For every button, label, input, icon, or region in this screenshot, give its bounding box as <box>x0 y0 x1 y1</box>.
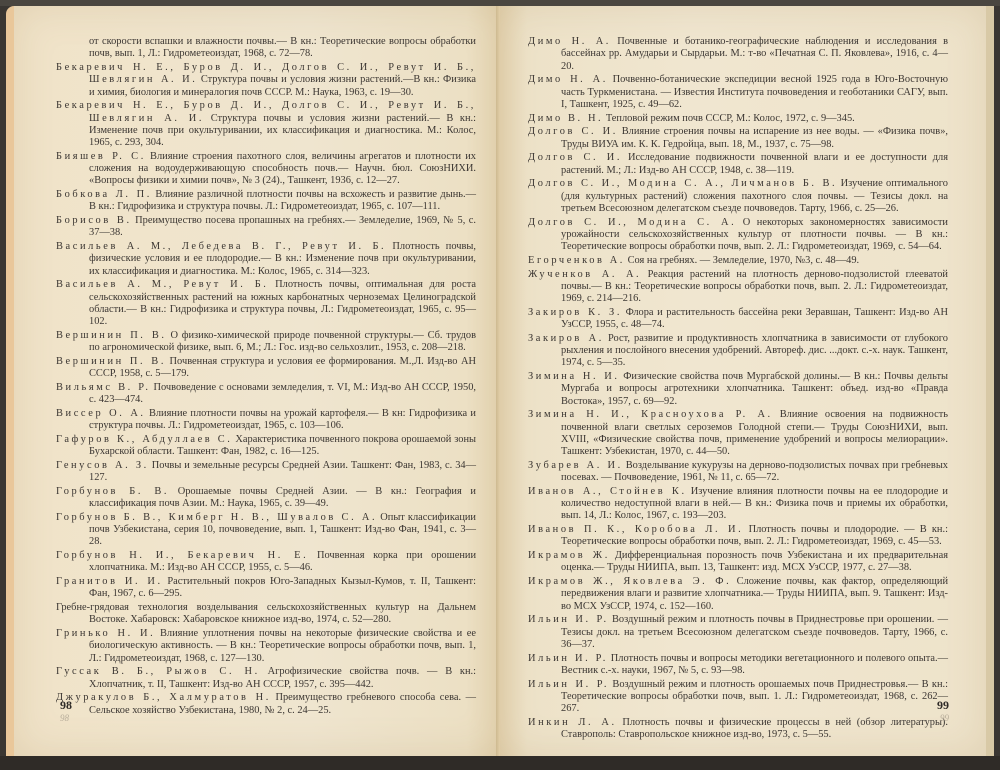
bibliography-entry: Горбунов Б. В. Орошаемые почвы Средней А… <box>56 486 476 511</box>
bibliography-entry: Гафуров К., Абдуллаев С. Характеристика … <box>56 434 476 459</box>
entry-author: Джуракулов Б., Халмуратов Н. <box>56 692 271 703</box>
entry-author: Гуссак В. Б., Рыжов С. Н. <box>56 666 260 677</box>
entry-text: Тепловой режим почв СССР, М.: Колос, 197… <box>606 113 855 124</box>
bibliography-entry: Икрамов Ж., Яковлева Э. Ф. Сложение почв… <box>528 576 948 613</box>
bibliography-entry: Иванов П. К., Коробова Л. И. Плотность п… <box>528 524 948 549</box>
entry-text: Влияние строения пахотного слоя, величин… <box>89 151 476 187</box>
entry-text: Гребне-грядовая технология возделывания … <box>56 602 476 625</box>
entry-text: Влияние строения почвы на испарение из н… <box>561 126 948 149</box>
entry-author: Закиров А. <box>528 333 604 344</box>
bibliography-entry: Бияшев Р. С. Влияние строения пахотного … <box>56 151 476 188</box>
entry-author: Ильин И. Р. <box>528 679 609 690</box>
bibliography-entry: Долгов С. И., Модина С. А. О некоторых з… <box>528 217 948 254</box>
bibliography-entry: Долгов С. И. Исследование подвижности по… <box>528 152 948 177</box>
entry-author: Димо Н. А. <box>528 74 608 85</box>
bibliography-entry: Ильин И. Р. Воздушный режим и плотность … <box>528 614 948 651</box>
entry-author: Иванов П. К., Коробова Л. И. <box>528 524 743 535</box>
bibliography-entry: Гринько Н. И. Влияние уплотнения почвы н… <box>56 628 476 665</box>
page-number-stamp-right: 99 <box>940 713 949 723</box>
entry-text: Плотность почвы и вопросы методики вегет… <box>561 653 948 676</box>
bibliography-entry: Бобкова Л. П. Влияние различной плотност… <box>56 189 476 214</box>
entry-author: Вершинин П. В. <box>56 356 166 367</box>
bibliography-entry: Иванов А., Стойнев К. Изучение влияния п… <box>528 486 948 523</box>
bibliography-entry: Закиров А. Рост, развитие и продуктивнос… <box>528 333 948 370</box>
bibliography-entry: Вершинин П. В. Почвенная структура и усл… <box>56 356 476 381</box>
page-number-stamp-left: 98 <box>60 713 69 723</box>
entry-author: Икрамов Ж. <box>528 550 610 561</box>
bibliography-entry: Зимина Н. И. Физические свойства почв Му… <box>528 371 948 408</box>
entry-author: Бобкова Л. П. <box>56 189 152 200</box>
entry-author: Горбунов Б. В. <box>56 486 169 497</box>
entry-text: от скорости вспашки и влажности почвы.— … <box>89 36 476 59</box>
entry-text: Рост, развитие и продуктивность хлопчатн… <box>561 333 948 369</box>
bibliography-entry: Джуракулов Б., Халмуратов Н. Преимуществ… <box>56 692 476 717</box>
entry-author: Зимина Н. И. <box>528 371 620 382</box>
entry-text: Преимущество посева пропашных на гребнях… <box>89 215 476 238</box>
bibliography-entry: Жученков А. А. Реакция растений на плотн… <box>528 269 948 306</box>
book-spread: от скорости вспашки и влажности почвы.— … <box>0 0 1000 770</box>
entry-author: Закиров К. З. <box>528 307 622 318</box>
bibliography-entry: Бекаревич Н. Е., Буров Д. И., Долгов С. … <box>56 62 476 99</box>
entry-author: Бияшев Р. С. <box>56 151 146 162</box>
entry-author: Икрамов Ж., Яковлева Э. Ф. <box>528 576 731 587</box>
right-bibliography-column: Димо Н. А. Почвенные и ботанико-географи… <box>528 36 948 743</box>
bibliography-entry: от скорости вспашки и влажности почвы.— … <box>56 36 476 61</box>
entry-author: Васильев А. М., Ревут И. Б. <box>56 279 268 290</box>
entry-author: Долгов С. И. <box>528 152 622 163</box>
bibliography-entry: Горбунов Н. И., Бекаревич Н. Е. Почвенна… <box>56 550 476 575</box>
entry-author: Вершинин П. В. <box>56 330 167 341</box>
entry-author: Жученков А. А. <box>528 269 641 280</box>
entry-text: Физические свойства почв Мургабской доли… <box>561 371 948 407</box>
entry-author: Зимина Н. И., Красноухова Р. А. <box>528 409 773 420</box>
book-spine <box>496 6 500 756</box>
bibliography-entry: Бекаревич Н. Е., Буров Д. И., Долгов С. … <box>56 100 476 149</box>
entry-text: Воздушный режим и плотность почвы в Прид… <box>561 614 948 650</box>
bibliography-entry: Генусов А. З. Почвы и земельные ресурсы … <box>56 460 476 485</box>
bibliography-entry: Горбунов Б. В., Кимберг Н. В., Шувалов С… <box>56 512 476 549</box>
bibliography-entry: Инкин Л. А. Плотность почвы и физические… <box>528 717 948 742</box>
entry-text: Почвенно-ботанические экспедиции весной … <box>561 74 948 110</box>
entry-author: Егорченков А. <box>528 255 625 266</box>
bibliography-entry: Ильин И. Р. Плотность почвы и вопросы ме… <box>528 653 948 678</box>
entry-text: Воздушный режим и плотность орошаемых по… <box>561 679 948 715</box>
entry-author: Ильин И. Р. <box>528 614 609 625</box>
left-bibliography-column: от скорости вспашки и влажности почвы.— … <box>56 36 476 718</box>
entry-author: Димо Н. А. <box>528 36 611 47</box>
entry-author: Горбунов Н. И., Бекаревич Н. Е. <box>56 550 308 561</box>
bibliography-entry: Васильев А. М., Ревут И. Б. Плотность по… <box>56 279 476 328</box>
bibliography-entry: Васильев А. М., Лебедева В. Г., Ревут И.… <box>56 241 476 278</box>
entry-author: Гафуров К., Абдуллаев С. <box>56 434 233 445</box>
entry-author: Васильев А. М., Лебедева В. Г., Ревут И.… <box>56 241 386 252</box>
entry-text: Почвенные и ботанико-географические набл… <box>561 36 948 72</box>
entry-author: Виссер О. А. <box>56 408 146 419</box>
bibliography-entry: Зубарев А. И. Возделывание кукурузы на д… <box>528 460 948 485</box>
bibliography-entry: Димо Н. А. Почвенные и ботанико-географи… <box>528 36 948 73</box>
bibliography-entry: Димо В. Н. Тепловой режим почв СССР, М.:… <box>528 113 948 125</box>
bibliography-entry: Зимина Н. И., Красноухова Р. А. Влияние … <box>528 409 948 458</box>
entry-author: Гранитов И. И. <box>56 576 163 587</box>
page-number-right: 99 <box>937 698 949 713</box>
entry-text: Влияние плотности почвы на урожай картоф… <box>89 408 476 431</box>
entry-author: Гринько Н. И. <box>56 628 155 639</box>
bibliography-entry: Долгов С. И. Влияние строения почвы на и… <box>528 126 948 151</box>
entry-text: Соя на гребнях. — Земледелие, 1970, №3, … <box>628 255 860 266</box>
entry-text: Дифференциальная порозность почв Узбекис… <box>561 550 948 573</box>
bibliography-entry: Икрамов Ж. Дифференциальная порозность п… <box>528 550 948 575</box>
bibliography-entry: Виссер О. А. Влияние плотности почвы на … <box>56 408 476 433</box>
entry-text: Плотность почвы и физические процессы в … <box>561 717 948 740</box>
bibliography-entry: Борисов В. Преимущество посева пропашных… <box>56 215 476 240</box>
entry-author: Димо В. Н. <box>528 113 603 124</box>
scan-edge <box>0 756 1000 770</box>
entry-author: Ильин И. Р. <box>528 653 608 664</box>
bibliography-entry: Долгов С. И., Модина С. А., Личманов Б. … <box>528 178 948 215</box>
entry-author: Долгов С. И. <box>528 126 618 137</box>
bibliography-entry: Вильямс В. Р. Почвоведение с основами зе… <box>56 382 476 407</box>
entry-author: Генусов А. З. <box>56 460 149 471</box>
entry-author: Долгов С. И., Модина С. А. <box>528 217 736 228</box>
entry-author: Борисов В. <box>56 215 132 226</box>
entry-author: Инкин Л. А. <box>528 717 617 728</box>
bibliography-entry: Гуссак В. Б., Рыжов С. Н. Агрофизические… <box>56 666 476 691</box>
entry-author: Горбунов Б. В., Кимберг Н. В., Шувалов С… <box>56 512 377 523</box>
bibliography-entry: Димо Н. А. Почвенно-ботанические экспеди… <box>528 74 948 111</box>
entry-author: Зубарев А. И. <box>528 460 623 471</box>
bibliography-entry: Вершинин П. В. О физико-химической приро… <box>56 330 476 355</box>
entry-author: Вильямс В. Р. <box>56 382 151 393</box>
bibliography-entry: Гранитов И. И. Растительный покров Юго-З… <box>56 576 476 601</box>
bibliography-entry: Гребне-грядовая технология возделывания … <box>56 602 476 627</box>
bibliography-entry: Ильин И. Р. Воздушный режим и плотность … <box>528 679 948 716</box>
bibliography-entry: Закиров К. З. Флора и растительность бас… <box>528 307 948 332</box>
bibliography-entry: Егорченков А. Соя на гребнях. — Земледел… <box>528 255 948 267</box>
page-number-left: 98 <box>60 698 72 713</box>
entry-author: Иванов А., Стойнев К. <box>528 486 687 497</box>
entry-author: Долгов С. И., Модина С. А., Личманов Б. … <box>528 178 837 189</box>
